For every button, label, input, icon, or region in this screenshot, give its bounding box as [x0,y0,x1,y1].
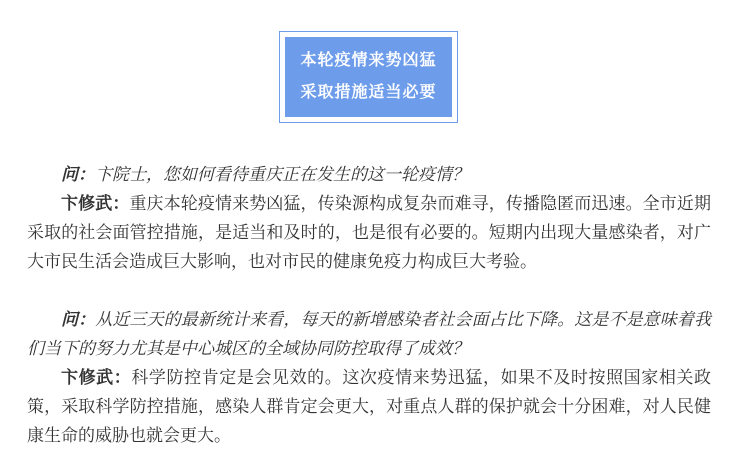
headline-callout-fill: 本轮疫情来势凶猛 采取措施适当必要 [285,37,452,117]
headline-line-1: 本轮疫情来势凶猛 [300,53,436,69]
headline-line-2: 采取措施适当必要 [300,85,436,101]
article-body: 问：卞院士，您如何看待重庆正在发生的这一轮疫情？ 卞修武：重庆本轮疫情来势凶猛，… [27,160,711,450]
answer-paragraph: 卞修武：科学防控肯定是会见效的。这次疫情来势迅猛，如果不及时按照国家相关政策，采… [27,363,711,450]
headline-callout-box: 本轮疫情来势凶猛 采取措施适当必要 [279,31,458,123]
answer-speaker-name: 卞修武： [61,194,129,213]
qa-block-2: 问：从近三天的最新统计来看，每天的新增感染者社会面占比下降。这是不是意味着我们当… [27,305,711,450]
question-paragraph: 问：卞院士，您如何看待重庆正在发生的这一轮疫情？ [27,160,711,189]
article-page: 本轮疫情来势凶猛 采取措施适当必要 问：卞院士，您如何看待重庆正在发生的这一轮疫… [0,0,737,468]
question-text: 卞院士，您如何看待重庆正在发生的这一轮疫情？ [95,165,469,184]
question-paragraph: 问：从近三天的最新统计来看，每天的新增感染者社会面占比下降。这是不是意味着我们当… [27,305,711,363]
question-label: 问： [61,310,95,329]
answer-paragraph: 卞修武：重庆本轮疫情来势凶猛，传染源构成复杂而难寻，传播隐匿而迅速。全市近期采取… [27,189,711,276]
question-text: 从近三天的最新统计来看，每天的新增感染者社会面占比下降。这是不是意味着我们当下的… [27,310,711,358]
qa-block-1: 问：卞院士，您如何看待重庆正在发生的这一轮疫情？ 卞修武：重庆本轮疫情来势凶猛，… [27,160,711,276]
question-label: 问： [61,165,95,184]
answer-speaker-name: 卞修武： [61,368,131,387]
answer-text: 重庆本轮疫情来势凶猛，传染源构成复杂而难寻，传播隐匿而迅速。全市近期采取的社会面… [27,194,711,271]
